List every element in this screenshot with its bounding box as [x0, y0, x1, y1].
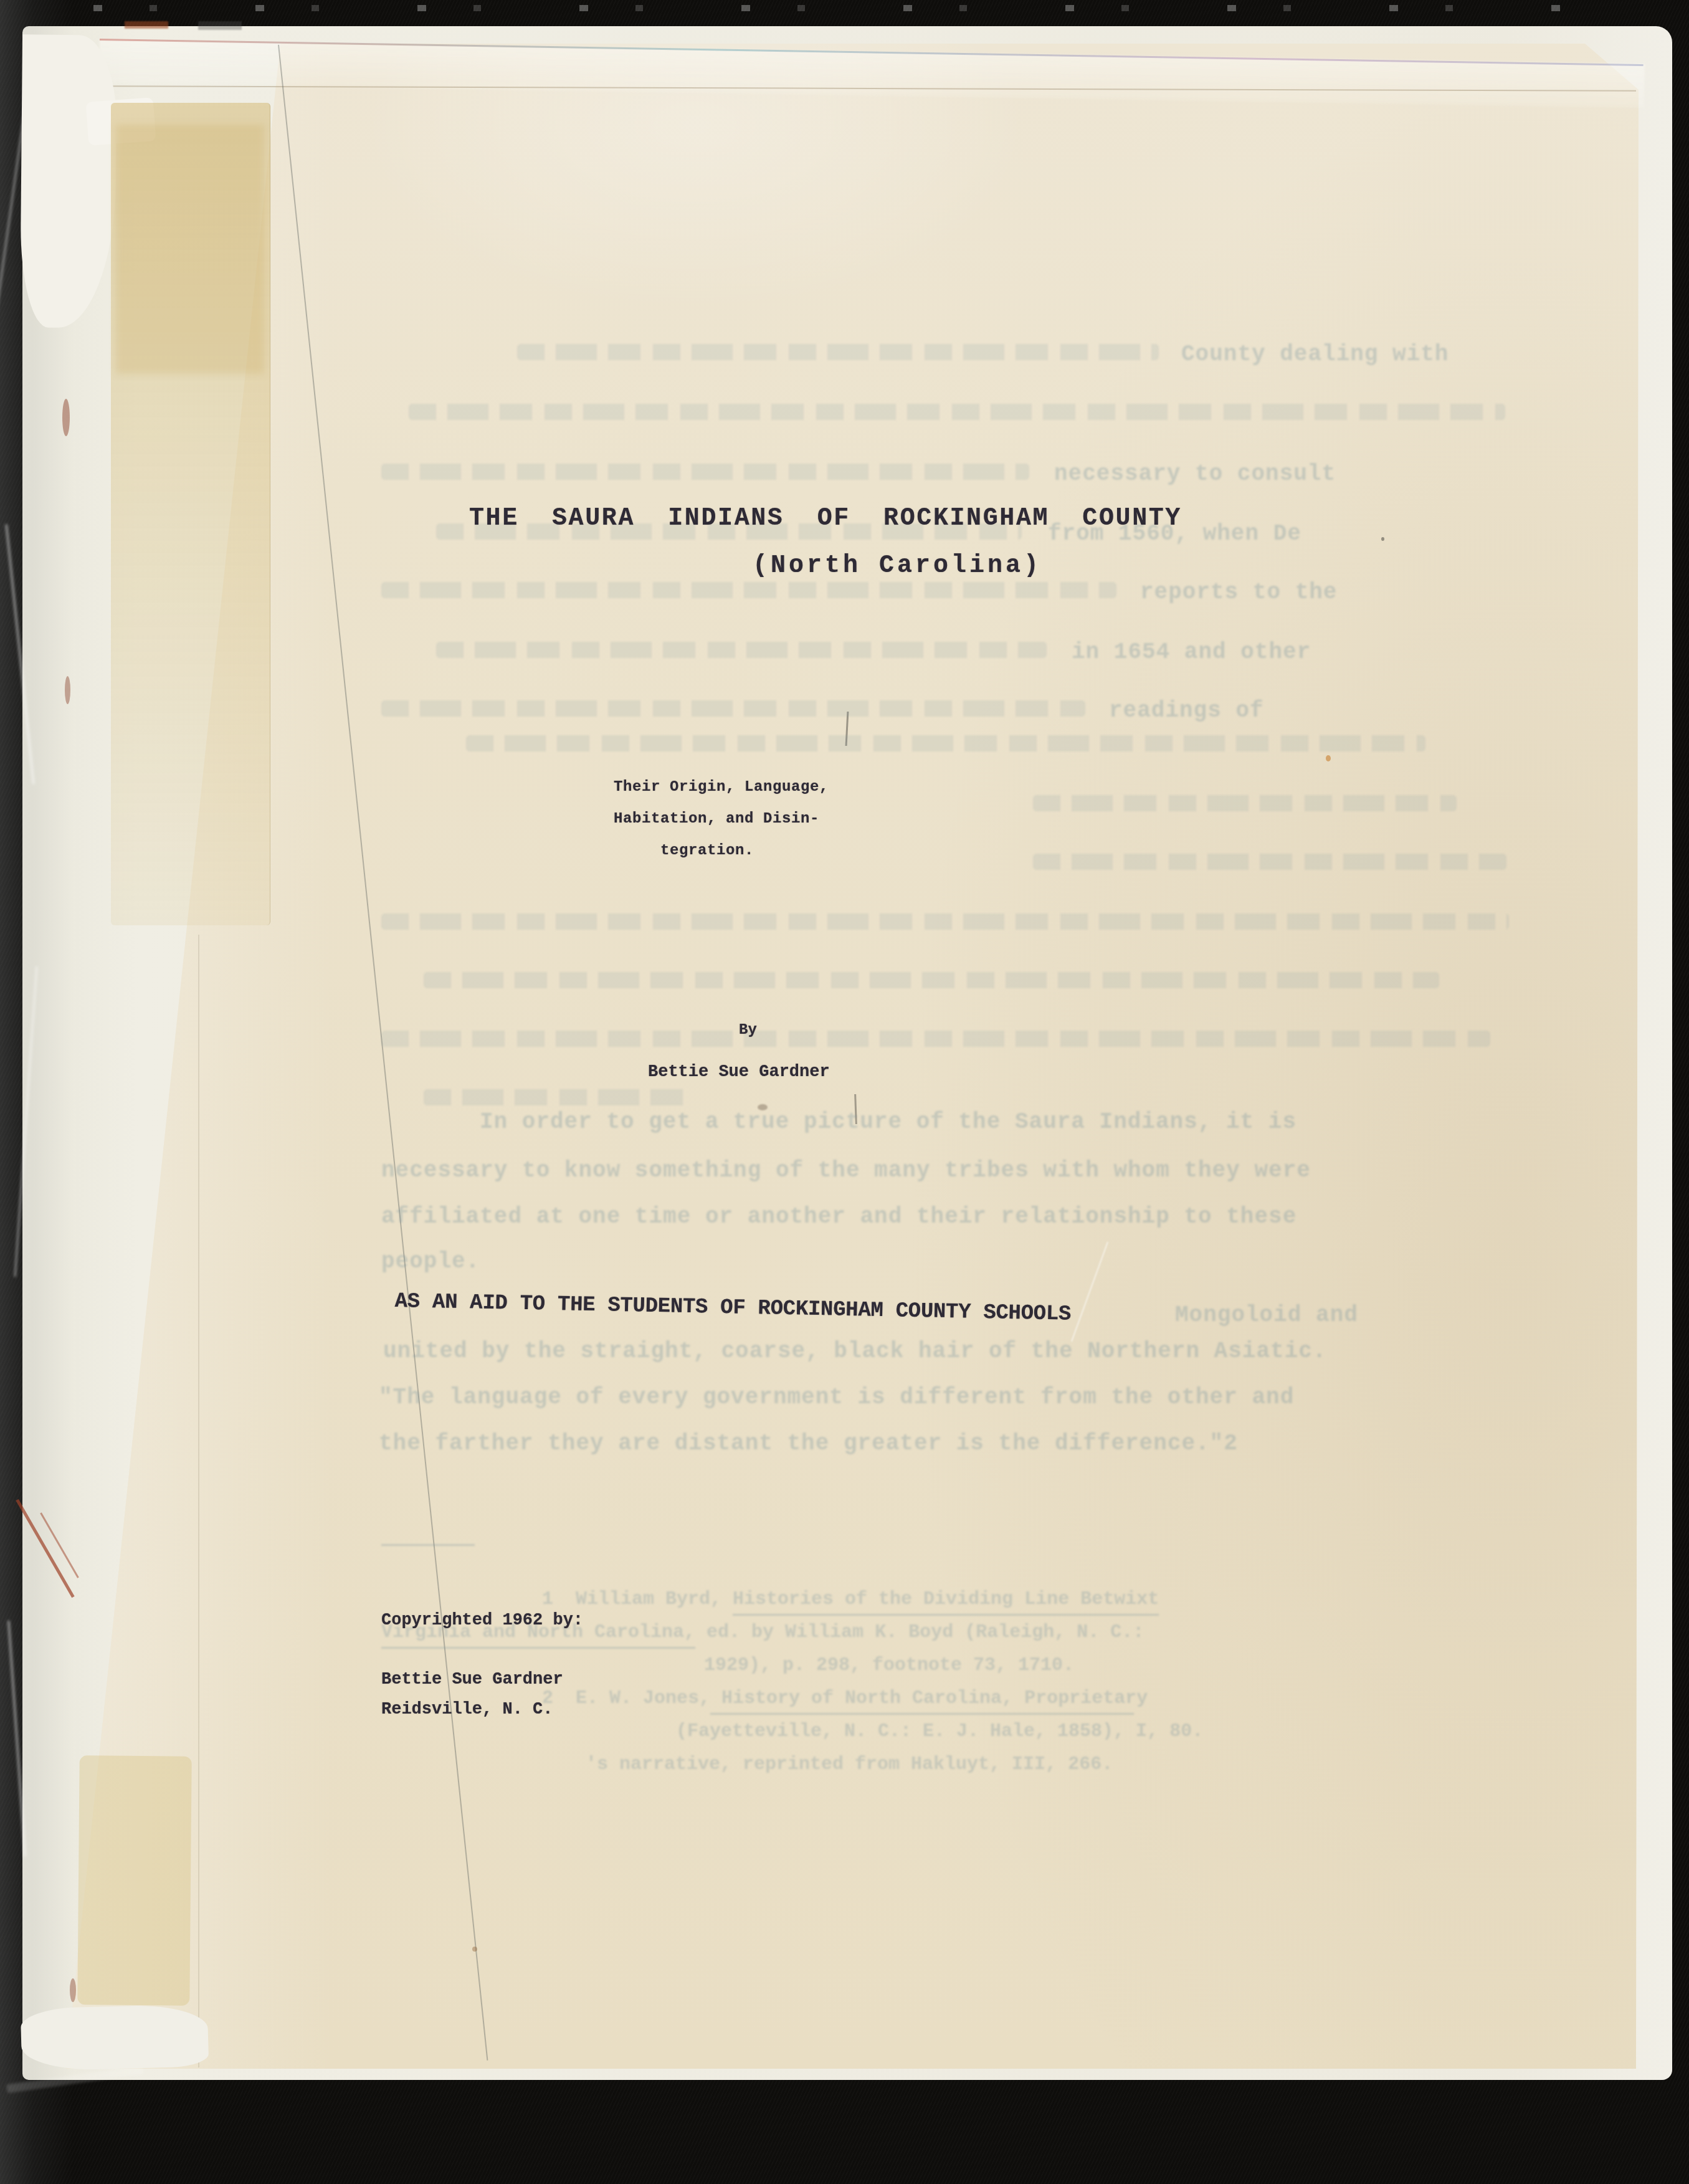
ghost-footnote-separator [381, 1544, 475, 1546]
author-name: Bettie Sue Gardner [648, 1063, 830, 1082]
ghost-footnote-line: (Fayetteville, N. C.: E. J. Hale, 1858),… [676, 1721, 1203, 1742]
page-subtitle-region: (North Carolina) [753, 552, 1042, 581]
illegible-ghost-line [424, 1089, 692, 1105]
ghost-text-fragment: in 1654 and other [1072, 639, 1311, 665]
ghost-text-fragment: Mongoloid and [1175, 1302, 1358, 1328]
ghost-text-line: the farther they are distant the greater… [379, 1431, 1238, 1456]
copyright-holder: Bettie Sue Gardner Reidsville, N. C. [381, 1665, 563, 1725]
bleed-through-layer: County dealing with necessary to consult… [0, 0, 1689, 2184]
illegible-ghost-line [466, 735, 1425, 751]
ghost-text-fragment: necessary to consult [1054, 461, 1336, 487]
illegible-ghost-line [1033, 795, 1457, 811]
illegible-ghost-line [381, 1031, 1490, 1047]
ghost-footnote-line: 1929), p. 298, footnote 73, 1710. [704, 1655, 1074, 1676]
illegible-ghost-line [381, 700, 1085, 717]
ghost-text-fragment: readings of [1109, 698, 1264, 723]
copyright-heading: Copyrighted 1962 by: [381, 1611, 583, 1631]
byline-label: By [739, 1022, 757, 1039]
illegible-ghost-line [424, 972, 1439, 988]
ghost-text-fragment: reports to the [1140, 579, 1337, 605]
illegible-ghost-line [409, 404, 1505, 420]
illegible-ghost-line [436, 642, 1047, 658]
ghost-footnote-line: 1 William Byrd, Histories of the Dividin… [542, 1589, 1159, 1610]
ghost-footnote-line: 's narrative, reprinted from Hakluyt, II… [586, 1754, 1113, 1775]
ghost-text-line: people. [381, 1249, 480, 1274]
ghost-underline [733, 1614, 1159, 1616]
page-title: THE SAURA INDIANS OF ROCKINGHAM COUNTY [469, 505, 1182, 533]
ghost-text-fragment: County dealing with [1181, 341, 1449, 367]
ghost-text-line: united by the straight, coarse, black ha… [383, 1338, 1326, 1364]
scanned-title-page: County dealing with necessary to consult… [0, 0, 1689, 2184]
page-subtitle: Their Origin, Language, Habitation, and … [614, 771, 829, 867]
ghost-text-line: In order to get a true picture of the Sa… [480, 1109, 1296, 1135]
ghost-underline [381, 1647, 695, 1649]
illegible-ghost-line [381, 464, 1029, 480]
ghost-text-line: necessary to know something of the many … [381, 1158, 1311, 1183]
illegible-ghost-line [381, 582, 1116, 598]
ghost-footnote-line: 2 E. W. Jones, History of North Carolina… [542, 1688, 1148, 1709]
ghost-underline [710, 1713, 1134, 1715]
ghost-text-line: affiliated at one time or another and th… [381, 1204, 1296, 1229]
illegible-ghost-line [517, 344, 1159, 360]
ghost-text-line: "The language of every government is dif… [379, 1385, 1294, 1410]
illegible-ghost-line [1033, 854, 1506, 870]
illegible-ghost-line [381, 913, 1509, 930]
